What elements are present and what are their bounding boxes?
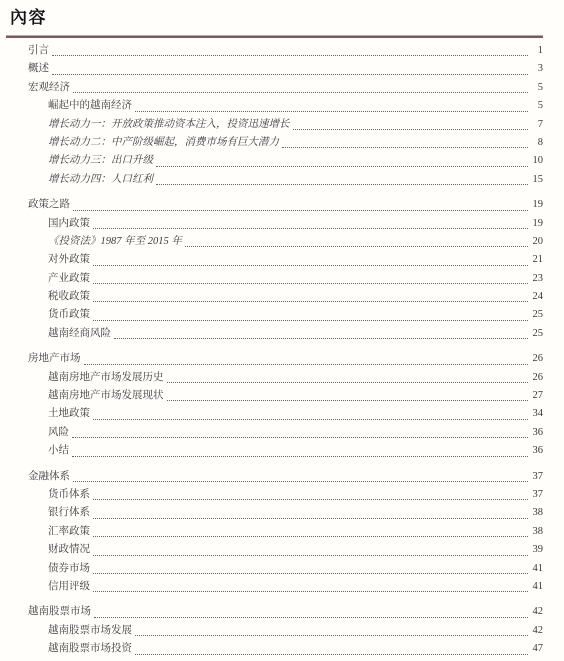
dot-leader [93, 560, 528, 574]
toc-entry-label: 财政情况 [48, 541, 90, 559]
toc-entry-label: 政策之路 [28, 196, 70, 214]
dot-leader [73, 468, 528, 482]
toc-entry[interactable]: 越南股票市场发展 42 [48, 622, 543, 640]
page-number: 5 [531, 79, 543, 97]
toc-entry[interactable]: 越南房地产市场发展现状 27 [48, 387, 543, 405]
toc-entry-label: 《投资法》1987 年至 2015 年 [48, 233, 182, 251]
dot-leader [93, 288, 528, 302]
page-number: 1 [531, 42, 543, 60]
toc-entry-label: 小结 [48, 442, 69, 460]
document-page: 內容 引言 1 概述 3 宏观经济 5 崛起中的越南经济 5 增长动力一：开放政… [0, 0, 564, 659]
toc-entry[interactable]: 增长动力四：人口红利 15 [48, 171, 543, 189]
toc-entry-label: 宏观经济 [28, 79, 70, 97]
dot-leader [52, 42, 528, 56]
toc-entry[interactable]: 崛起中的越南经济 5 [48, 97, 543, 115]
page-title: 內容 [10, 8, 543, 28]
page-number: 47 [531, 640, 543, 658]
toc-entry[interactable]: 引言 1 [28, 42, 543, 60]
toc-entry[interactable]: 货币政策 25 [48, 306, 543, 324]
toc-entry-label: 货币体系 [48, 486, 90, 504]
toc-entry[interactable]: 土地政策 34 [48, 405, 543, 423]
toc-entry[interactable]: 银行体系 38 [48, 504, 543, 522]
page-number: 38 [531, 504, 543, 522]
page-number: 36 [531, 424, 543, 442]
toc-entry-label: 土地政策 [48, 405, 90, 423]
toc-entry[interactable]: 货币体系 37 [48, 486, 543, 504]
toc-entry[interactable]: 《投资法》1987 年至 2015 年 20 [48, 233, 543, 251]
page-number: 20 [531, 233, 543, 251]
toc-entry[interactable]: 风险 36 [48, 424, 543, 442]
toc-entry-label: 信用评级 [48, 578, 90, 596]
page-number: 19 [531, 196, 543, 214]
page-number: 38 [531, 523, 543, 541]
dot-leader [93, 405, 528, 419]
toc-entry-label: 金融体系 [28, 468, 70, 486]
dot-leader [167, 387, 529, 401]
toc-entry-label: 越南房地产市场发展历史 [48, 369, 164, 387]
page-number: 21 [531, 251, 543, 269]
toc-entry-label: 越南股票市场投资 [48, 640, 132, 658]
toc-entry[interactable]: 财政情况 39 [48, 541, 543, 559]
dot-leader [135, 622, 528, 636]
toc-entry-label: 税收政策 [48, 288, 90, 306]
page-number: 7 [531, 116, 543, 134]
page-number: 26 [531, 350, 543, 368]
toc-entry-label: 崛起中的越南经济 [48, 97, 132, 115]
toc-entry[interactable]: 宏观经济 5 [28, 79, 543, 97]
page-number: 3 [531, 60, 543, 78]
toc-entry-label: 增长动力三：出口升级 [48, 152, 153, 170]
table-of-contents: 引言 1 概述 3 宏观经济 5 崛起中的越南经济 5 增长动力一：开放政策推动… [6, 42, 543, 659]
toc-entry-label: 风险 [48, 424, 69, 442]
page-number: 15 [531, 171, 543, 189]
toc-entry-label: 越南股票市场 [28, 603, 91, 621]
page-number: 42 [531, 603, 543, 621]
page-number: 41 [531, 578, 543, 596]
dot-leader [185, 233, 528, 247]
toc-entry[interactable]: 越南房地产市场发展历史 26 [48, 369, 543, 387]
toc-entry[interactable]: 国内政策 19 [48, 215, 543, 233]
title-rule [6, 35, 543, 38]
page-number: 23 [531, 270, 543, 288]
dot-leader [73, 79, 528, 93]
dot-leader [135, 640, 528, 654]
page-number: 39 [531, 541, 543, 559]
toc-entry-label: 产业政策 [48, 270, 90, 288]
dot-leader [293, 116, 529, 130]
toc-entry[interactable]: 增长动力二：中产阶级崛起，消费市场有巨大潜力 8 [48, 134, 543, 152]
toc-entry[interactable]: 金融体系 37 [28, 468, 543, 486]
page-number: 25 [531, 325, 543, 343]
toc-entry[interactable]: 越南经商风险 25 [48, 325, 543, 343]
toc-entry-label: 增长动力四：人口红利 [48, 171, 153, 189]
page-number: 37 [531, 468, 543, 486]
dot-leader [93, 578, 528, 592]
toc-entry[interactable]: 债券市场 41 [48, 560, 543, 578]
page-number: 34 [531, 405, 543, 423]
dot-leader [52, 60, 528, 74]
page-number: 19 [531, 215, 543, 233]
toc-entry-label: 越南股票市场发展 [48, 622, 132, 640]
toc-entry[interactable]: 税收政策 24 [48, 288, 543, 306]
toc-entry[interactable]: 越南股票市场 42 [28, 603, 543, 621]
dot-leader [282, 134, 528, 148]
page-number: 27 [531, 387, 543, 405]
toc-entry[interactable]: 概述 3 [28, 60, 543, 78]
toc-entry-label: 越南房地产市场发展现状 [48, 387, 164, 405]
dot-leader [167, 369, 529, 383]
toc-entry[interactable]: 对外政策 21 [48, 251, 543, 269]
dot-leader [93, 541, 528, 555]
toc-entry[interactable]: 房地产市场 26 [28, 350, 543, 368]
toc-entry-label: 增长动力二：中产阶级崛起，消费市场有巨大潜力 [48, 134, 279, 152]
page-number: 8 [531, 134, 543, 152]
toc-entry-label: 房地产市场 [28, 350, 81, 368]
dot-leader [72, 442, 528, 456]
dot-leader [73, 196, 528, 210]
toc-entry[interactable]: 产业政策 23 [48, 270, 543, 288]
dot-leader [84, 350, 529, 364]
toc-entry[interactable]: 汇率政策 38 [48, 523, 543, 541]
toc-entry-label: 债券市场 [48, 560, 90, 578]
toc-entry[interactable]: 信用评级 41 [48, 578, 543, 596]
toc-entry-label: 增长动力一：开放政策推动资本注入，投资迅速增长 [48, 116, 290, 134]
dot-leader [156, 152, 528, 166]
dot-leader [156, 171, 528, 185]
dot-leader [93, 523, 528, 537]
dot-leader [93, 504, 528, 518]
page-number: 36 [531, 442, 543, 460]
toc-entry-label: 对外政策 [48, 251, 90, 269]
toc-entry-label: 越南经商风险 [48, 325, 111, 343]
toc-entry-label: 概述 [28, 60, 49, 78]
toc-entry[interactable]: 增长动力三：出口升级 10 [48, 152, 543, 170]
toc-entry[interactable]: 政策之路 19 [28, 196, 543, 214]
page-number: 41 [531, 560, 543, 578]
page-number: 42 [531, 622, 543, 640]
dot-leader [93, 270, 528, 284]
dot-leader [93, 486, 528, 500]
dot-leader [135, 97, 528, 111]
page-number: 25 [531, 306, 543, 324]
toc-entry-label: 国内政策 [48, 215, 90, 233]
toc-entry-label: 引言 [28, 42, 49, 60]
page-number: 26 [531, 369, 543, 387]
page-number: 5 [531, 97, 543, 115]
dot-leader [93, 215, 528, 229]
dot-leader [114, 325, 528, 339]
toc-entry[interactable]: 越南股票市场投资 47 [48, 640, 543, 658]
dot-leader [72, 424, 528, 438]
toc-entry[interactable]: 小结 36 [48, 442, 543, 460]
toc-entry-label: 货币政策 [48, 306, 90, 324]
page-number: 10 [531, 152, 543, 170]
toc-entry-label: 汇率政策 [48, 523, 90, 541]
toc-entry[interactable]: 增长动力一：开放政策推动资本注入，投资迅速增长 7 [48, 116, 543, 134]
page-number: 37 [531, 486, 543, 504]
page-number: 24 [531, 288, 543, 306]
toc-entry-label: 银行体系 [48, 504, 90, 522]
dot-leader [94, 603, 528, 617]
dot-leader [93, 306, 528, 320]
dot-leader [93, 251, 528, 265]
